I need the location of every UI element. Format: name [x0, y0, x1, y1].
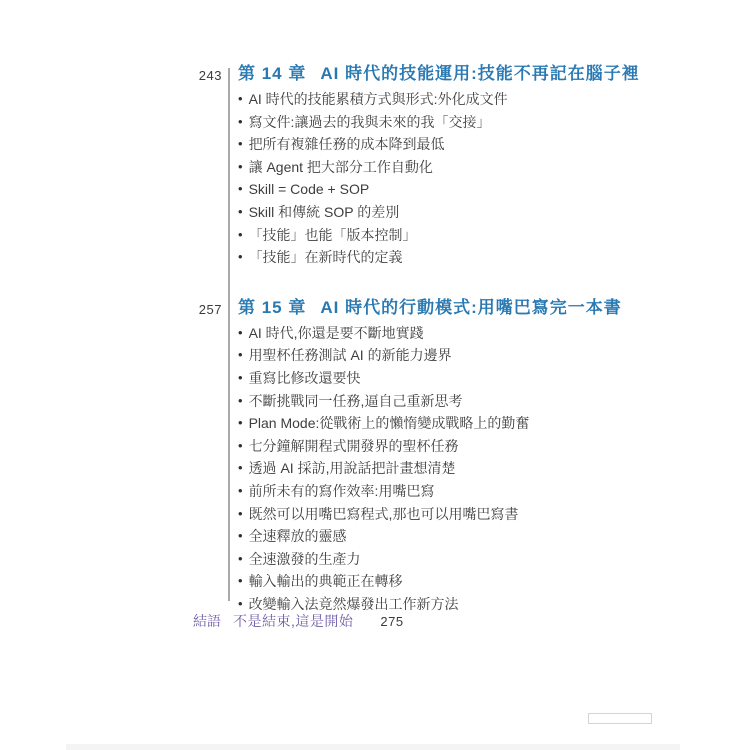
bullet-icon: • [238, 503, 243, 525]
toc-item: •前所未有的寫作效率:用嘴巴寫 [238, 480, 622, 503]
bullet-icon: • [238, 525, 243, 547]
bullet-icon: • [238, 133, 243, 155]
chapter-body: 第 14 章AI 時代的技能運用:技能不再記在腦子裡•AI 時代的技能累積方式與… [238, 63, 640, 269]
chapter-title-text: AI 時代的行動模式:用嘴巴寫完一本書 [320, 298, 621, 317]
toc-item-label: 用聖杯任務測試 AI 的新能力邊界 [249, 347, 452, 363]
toc-item-label: 既然可以用嘴巴寫程式,那也可以用嘴巴寫書 [249, 506, 519, 522]
chapter-entry: 257第 15 章AI 時代的行動模式:用嘴巴寫完一本書•AI 時代,你還是要不… [185, 297, 685, 616]
toc-item-label: 「技能」也能「版本控制」 [249, 227, 417, 243]
bullet-icon: • [238, 412, 243, 434]
bullet-icon: • [238, 201, 243, 223]
toc-item: •七分鐘解開程式開發界的聖杯任務 [238, 435, 622, 458]
toc-item-label: 不斷挑戰同一任務,逼自己重新思考 [249, 393, 463, 409]
bullet-icon: • [238, 570, 243, 592]
bottom-right-box [588, 713, 652, 724]
table-of-contents: 243第 14 章AI 時代的技能運用:技能不再記在腦子裡•AI 時代的技能累積… [185, 63, 685, 643]
bullet-icon: • [238, 435, 243, 457]
footer-page-number: 275 [380, 614, 403, 629]
toc-item-label: 前所未有的寫作效率:用嘴巴寫 [249, 483, 435, 499]
chapter-number: 第 15 章 [238, 298, 306, 317]
chapter-item-list: •AI 時代的技能累積方式與形式:外化成文件•寫文件:讓過去的我與未來的我「交接… [238, 88, 640, 269]
toc-item-label: Plan Mode:從戰術上的懶惰變成戰略上的勤奮 [249, 415, 530, 431]
chapter-title: 第 14 章AI 時代的技能運用:技能不再記在腦子裡 [238, 63, 640, 84]
toc-item: •「技能」也能「版本控制」 [238, 224, 640, 247]
toc-item-label: Skill 和傳統 SOP 的差別 [249, 204, 400, 220]
toc-item: •全速激發的生產力 [238, 548, 622, 571]
toc-item: •透過 AI 採訪,用說話把計畫想清楚 [238, 457, 622, 480]
toc-item-label: 改變輸入法竟然爆發出工作新方法 [249, 596, 459, 612]
toc-item: •Plan Mode:從戰術上的懶惰變成戰略上的勤奮 [238, 412, 622, 435]
footer-section-label: 結語 [193, 611, 221, 631]
chapter-body: 第 15 章AI 時代的行動模式:用嘴巴寫完一本書•AI 時代,你還是要不斷地實… [238, 297, 622, 616]
book-toc-page: 243第 14 章AI 時代的技能運用:技能不再記在腦子裡•AI 時代的技能累積… [0, 0, 750, 750]
chapter-title: 第 15 章AI 時代的行動模式:用嘴巴寫完一本書 [238, 297, 622, 318]
chapter-page-number: 257 [185, 297, 222, 616]
bullet-icon: • [238, 246, 243, 268]
toc-item-label: AI 時代的技能累積方式與形式:外化成文件 [249, 91, 508, 107]
toc-item-label: Skill = Code + SOP [249, 181, 370, 197]
bullet-icon: • [238, 548, 243, 570]
toc-item-label: 七分鐘解開程式開發界的聖杯任務 [249, 438, 459, 454]
footer-section-title: 不是結束,這是開始 [233, 611, 353, 631]
bullet-icon: • [238, 344, 243, 366]
toc-item-label: 讓 Agent 把大部分工作自動化 [249, 159, 433, 175]
chapter-number: 第 14 章 [238, 64, 306, 83]
toc-item: •AI 時代的技能累積方式與形式:外化成文件 [238, 88, 640, 111]
bullet-icon: • [238, 156, 243, 178]
toc-item: •Skill = Code + SOP [238, 178, 640, 201]
toc-item: •重寫比修改還要快 [238, 367, 622, 390]
bottom-page-edge [66, 744, 680, 750]
toc-item: •讓 Agent 把大部分工作自動化 [238, 156, 640, 179]
bullet-icon: • [238, 111, 243, 133]
toc-item: •既然可以用嘴巴寫程式,那也可以用嘴巴寫書 [238, 503, 622, 526]
toc-item-label: 寫文件:讓過去的我與未來的我「交接」 [249, 114, 491, 130]
chapter-title-text: AI 時代的技能運用:技能不再記在腦子裡 [320, 64, 639, 83]
toc-divider-line [228, 68, 230, 601]
toc-item-label: 重寫比修改還要快 [249, 370, 361, 386]
toc-item-label: 全速激發的生產力 [249, 551, 361, 567]
bullet-icon: • [238, 224, 243, 246]
toc-item-label: 「技能」在新時代的定義 [249, 249, 403, 265]
toc-item-label: 輸入輸出的典範正在轉移 [249, 573, 403, 589]
toc-item-label: AI 時代,你還是要不斷地實踐 [249, 325, 424, 341]
chapter-item-list: •AI 時代,你還是要不斷地實踐•用聖杯任務測試 AI 的新能力邊界•重寫比修改… [238, 322, 622, 616]
chapter-entry: 243第 14 章AI 時代的技能運用:技能不再記在腦子裡•AI 時代的技能累積… [185, 63, 685, 269]
bullet-icon: • [238, 457, 243, 479]
toc-item-label: 全速釋放的靈感 [249, 528, 347, 544]
bullet-icon: • [238, 322, 243, 344]
chapters: 243第 14 章AI 時代的技能運用:技能不再記在腦子裡•AI 時代的技能累積… [185, 63, 685, 615]
toc-item-label: 透過 AI 採訪,用說話把計畫想清楚 [249, 460, 456, 476]
bullet-icon: • [238, 480, 243, 502]
toc-item: •輸入輸出的典範正在轉移 [238, 570, 622, 593]
toc-item: •不斷挑戰同一任務,逼自己重新思考 [238, 390, 622, 413]
bullet-icon: • [238, 367, 243, 389]
bullet-icon: • [238, 178, 243, 200]
toc-item-label: 把所有複雜任務的成本降到最低 [249, 136, 445, 152]
toc-item: •全速釋放的靈感 [238, 525, 622, 548]
toc-item: •Skill 和傳統 SOP 的差別 [238, 201, 640, 224]
toc-item: •「技能」在新時代的定義 [238, 246, 640, 269]
toc-item: •寫文件:讓過去的我與未來的我「交接」 [238, 111, 640, 134]
toc-item: •把所有複雜任務的成本降到最低 [238, 133, 640, 156]
toc-footer-entry: 結語 不是結束,這是開始 275 [193, 611, 404, 631]
bullet-icon: • [238, 88, 243, 110]
toc-item: •AI 時代,你還是要不斷地實踐 [238, 322, 622, 345]
bullet-icon: • [238, 390, 243, 412]
toc-item: •用聖杯任務測試 AI 的新能力邊界 [238, 344, 622, 367]
chapter-page-number: 243 [185, 63, 222, 269]
